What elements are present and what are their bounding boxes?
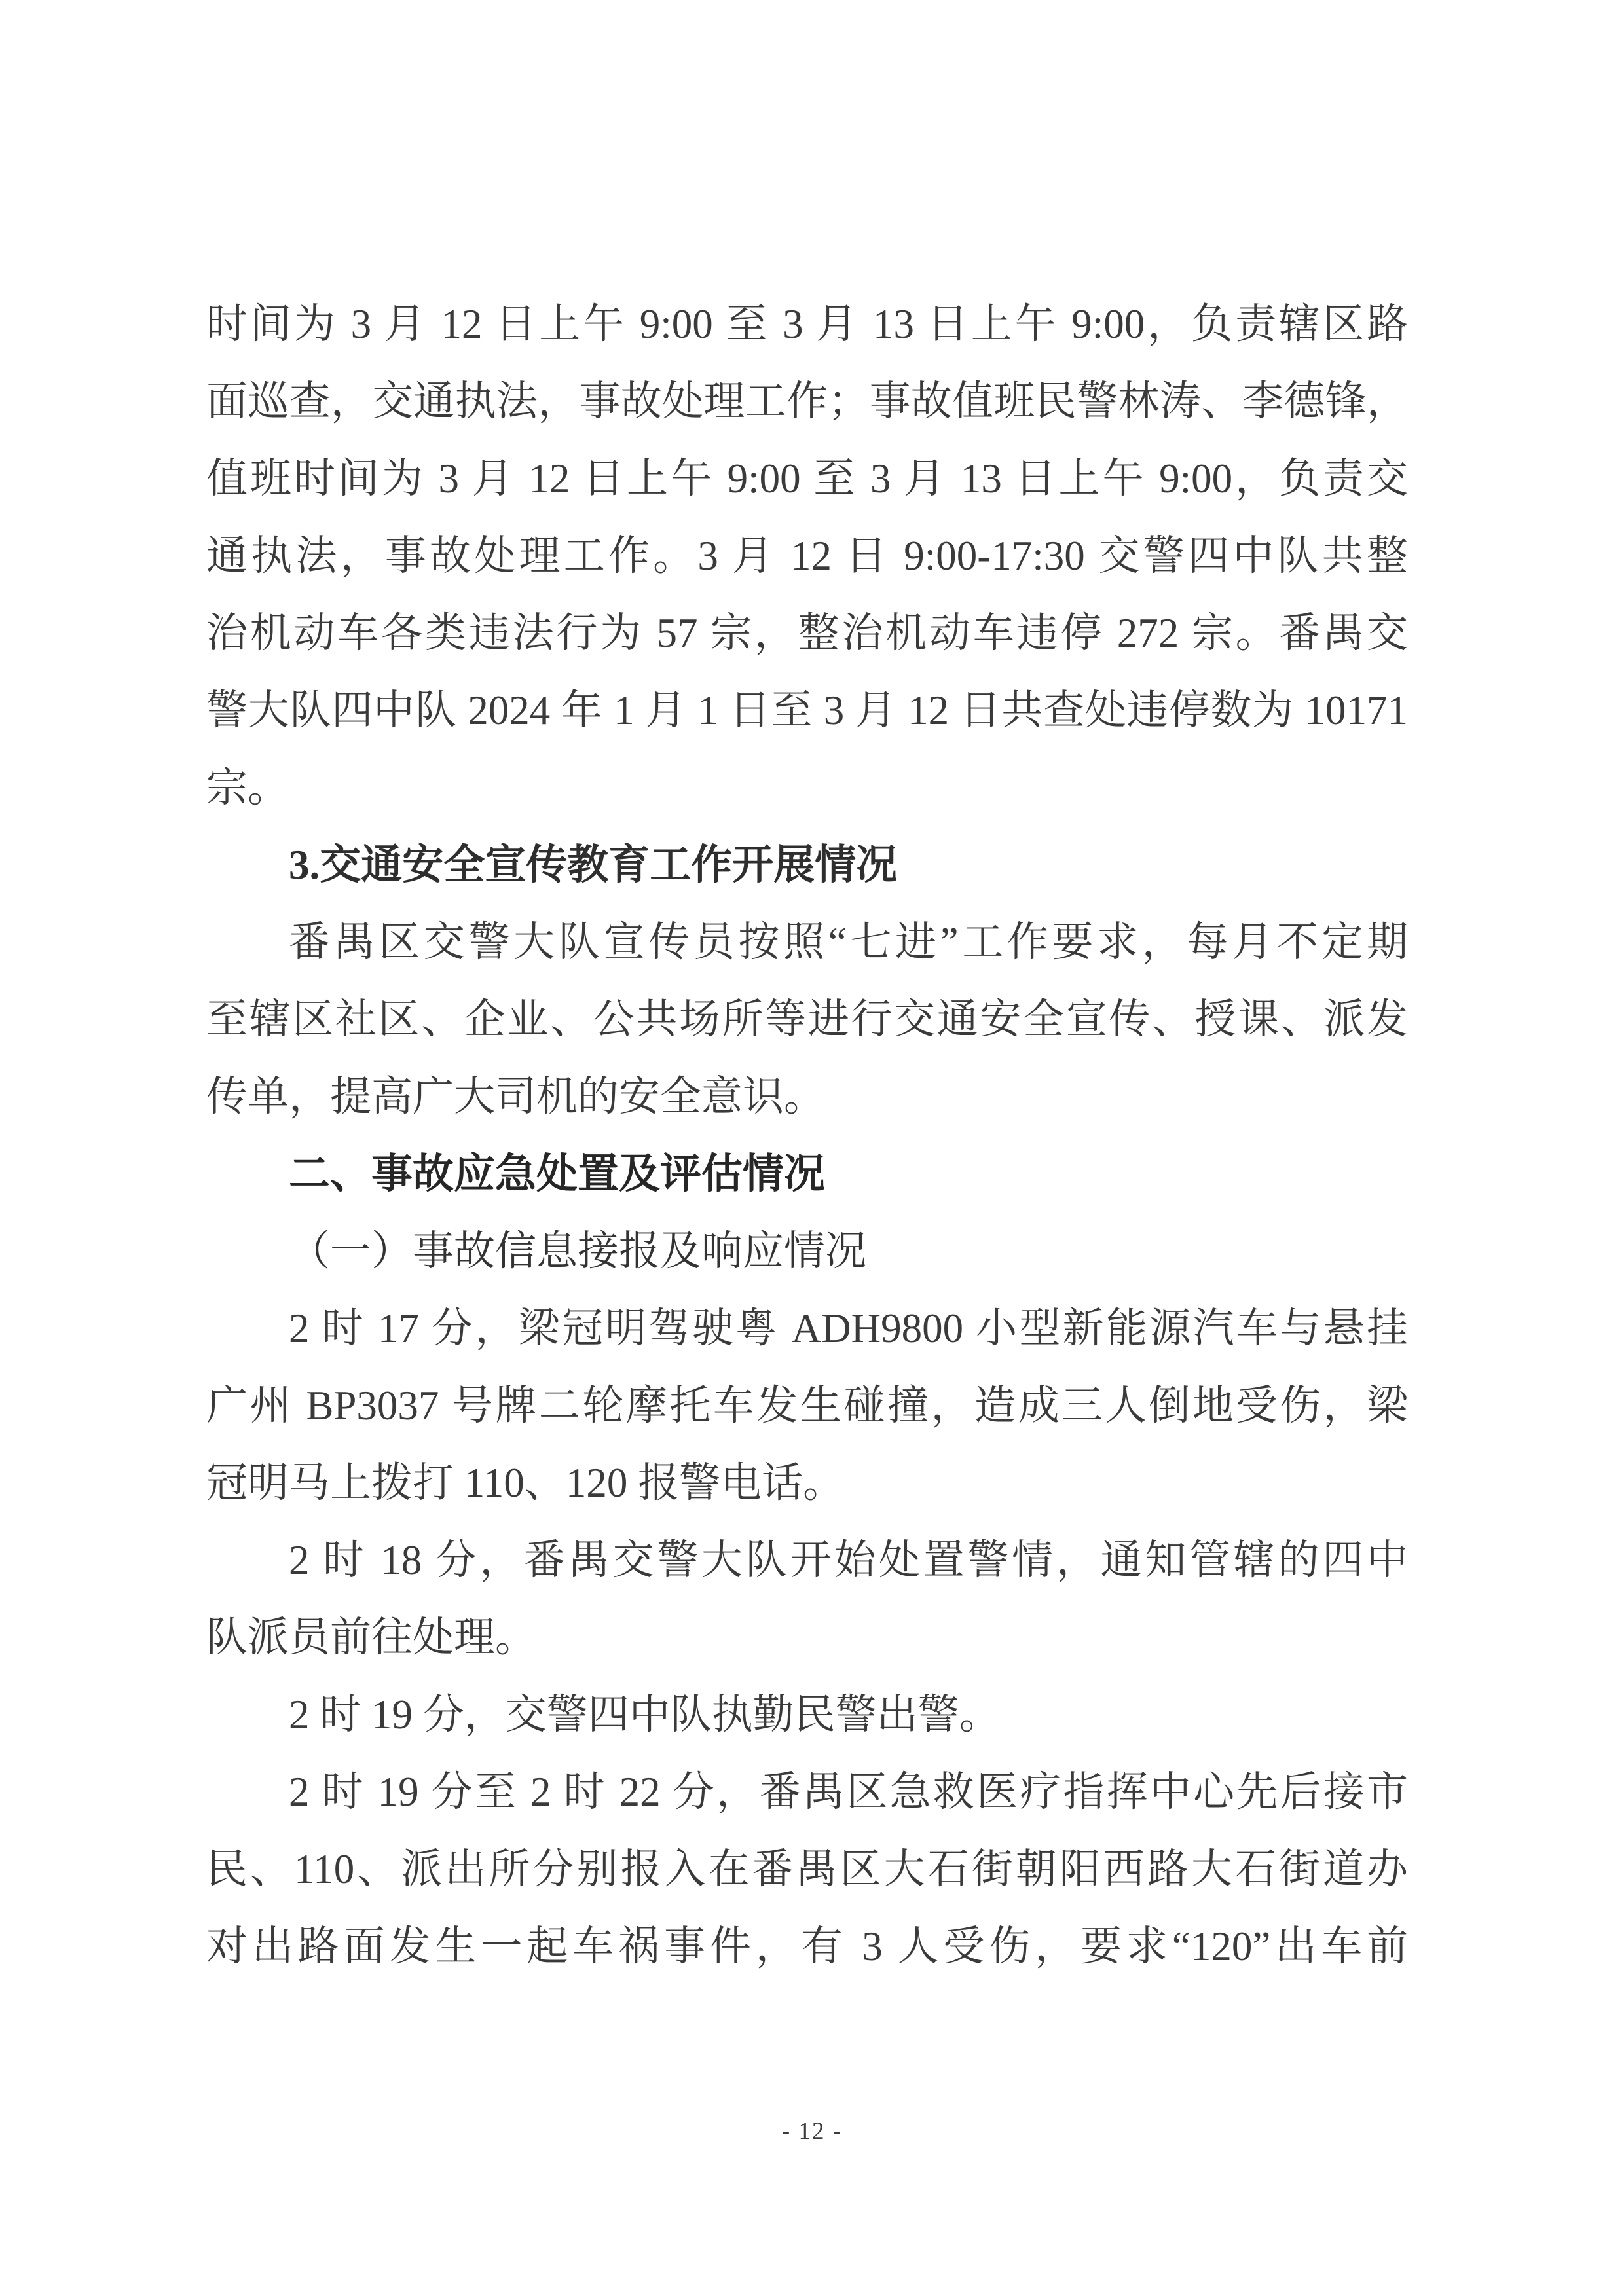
document-page: 时间为 3 月 12 日上午 9:00 至 3 月 13 日上午 9:00，负责… [0, 0, 1624, 2296]
section-heading: 3.交通安全宣传教育工作开展情况 [206, 826, 1408, 903]
text-line: 治机动车各类违法行为 57 宗，整治机动车违停 272 宗。番禺交 [206, 594, 1408, 672]
text-line: 面巡查，交通执法，事故处理工作；事故值班民警林涛、李德锋， [206, 363, 1408, 440]
text-line: 冠明马上拨打 110、120 报警电话。 [206, 1444, 1408, 1522]
text-line: 番禺区交警大队宣传员按照“七进”工作要求，每月不定期 [206, 903, 1408, 981]
text-line: 值班时间为 3 月 12 日上午 9:00 至 3 月 13 日上午 9:00，… [206, 440, 1408, 517]
page-footer: - 12 - [0, 2112, 1624, 2151]
text-line: 时间为 3 月 12 日上午 9:00 至 3 月 13 日上午 9:00，负责… [206, 285, 1408, 363]
text-line: 对出路面发生一起车祸事件，有 3 人受伤，要求“120”出车前 [206, 1908, 1408, 1985]
text-line: 传单，提高广大司机的安全意识。 [206, 1058, 1408, 1135]
text-line: 至辖区社区、企业、公共场所等进行交通安全宣传、授课、派发 [206, 981, 1408, 1058]
section-heading: （一）事故信息接报及响应情况 [206, 1212, 1408, 1290]
text-line: 2 时 19 分至 2 时 22 分，番禺区急救医疗指挥中心先后接市 [206, 1753, 1408, 1831]
text-line: 2 时 17 分，梁冠明驾驶粤 ADH9800 小型新能源汽车与悬挂 [206, 1290, 1408, 1367]
document-body: 时间为 3 月 12 日上午 9:00 至 3 月 13 日上午 9:00，负责… [206, 285, 1408, 1985]
text-line: 通执法，事故处理工作。3 月 12 日 9:00-17:30 交警四中队共整 [206, 517, 1408, 594]
text-line: 宗。 [206, 749, 1408, 826]
text-line: 2 时 18 分，番禺交警大队开始处置警情，通知管辖的四中 [206, 1522, 1408, 1599]
section-heading: 二、事故应急处置及评估情况 [206, 1135, 1408, 1212]
text-line: 2 时 19 分，交警四中队执勤民警出警。 [206, 1676, 1408, 1753]
text-line: 队派员前往处理。 [206, 1599, 1408, 1676]
text-line: 警大队四中队 2024 年 1 月 1 日至 3 月 12 日共查处违停数为 1… [206, 672, 1408, 749]
text-line: 民、110、派出所分别报入在番禺区大石街朝阳西路大石街道办 [206, 1831, 1408, 1908]
text-line: 广州 BP3037 号牌二轮摩托车发生碰撞，造成三人倒地受伤，梁 [206, 1367, 1408, 1444]
page-number: - 12 - [782, 2118, 842, 2145]
